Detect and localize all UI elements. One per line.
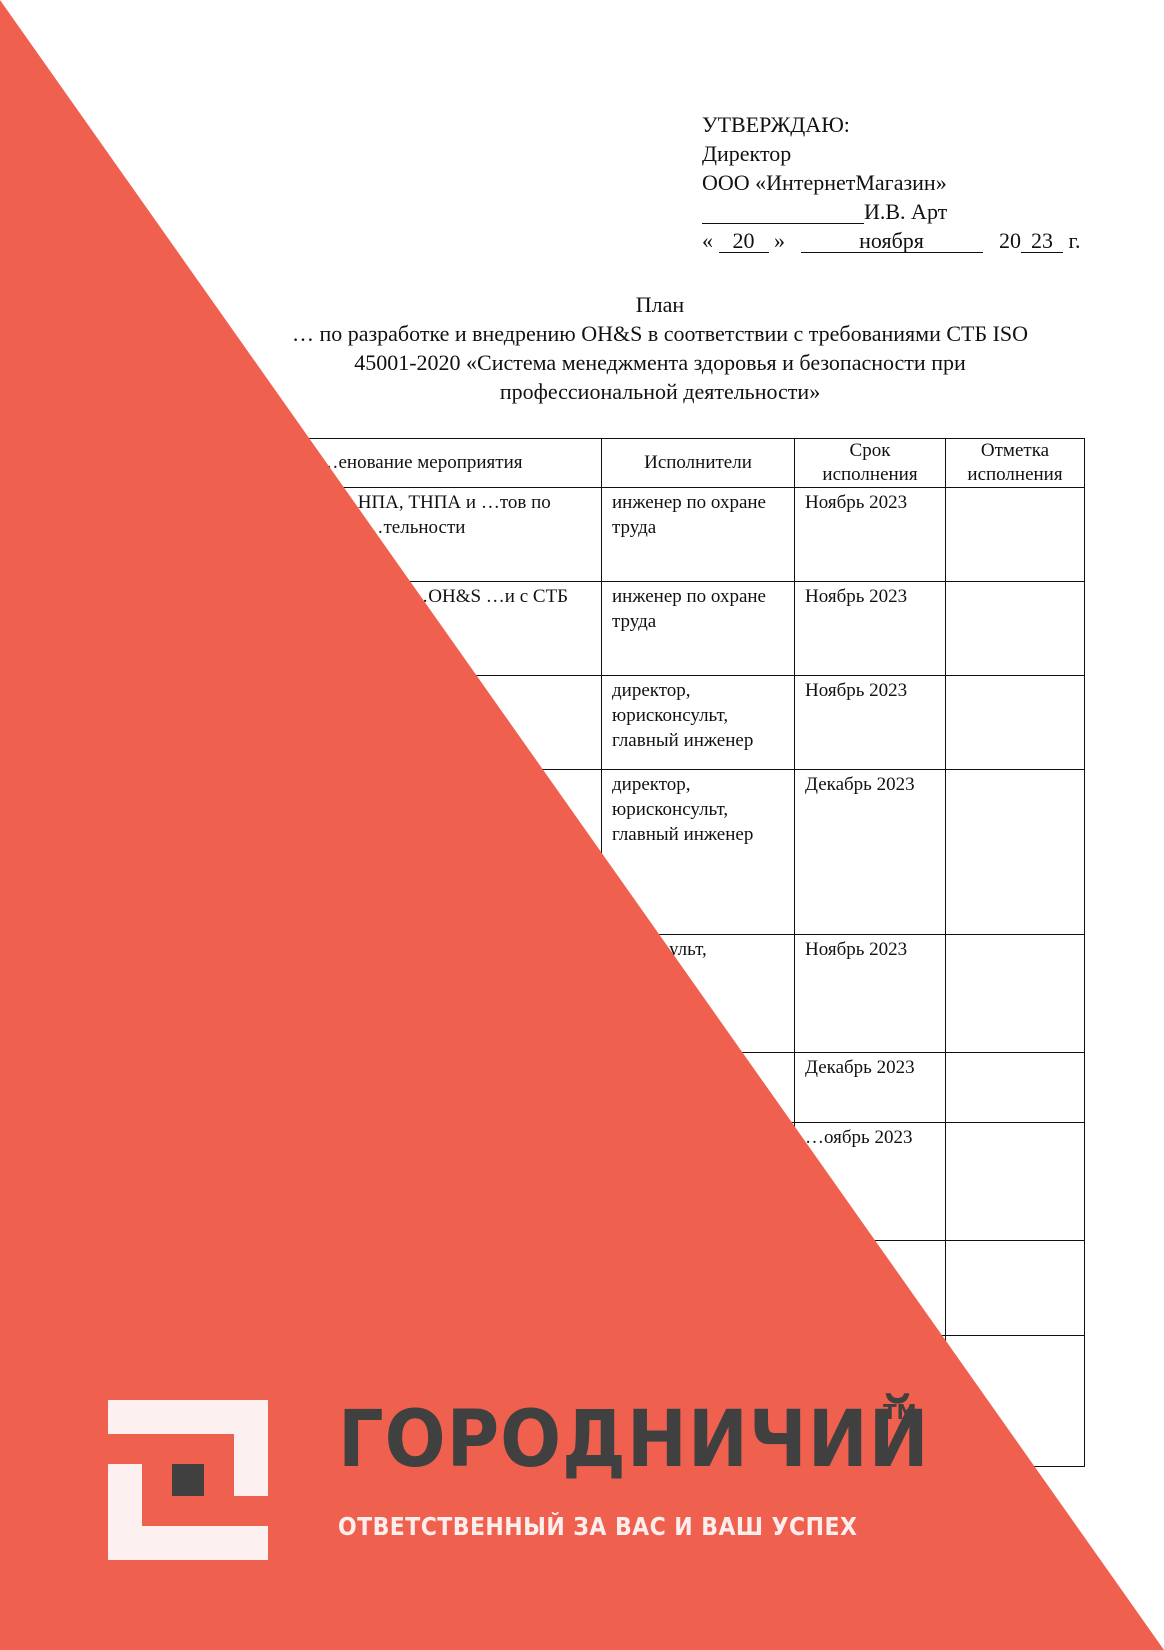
brand-slogan: ОТВЕТСТВЕННЫЙ ЗА ВАС И ВАШ УСПЕХ: [338, 1512, 857, 1541]
brand-logo-icon: [108, 1400, 268, 1560]
trademark-mark: TM: [883, 1400, 917, 1424]
brand-name: ГОРОДНИЧИЙ: [338, 1395, 930, 1485]
